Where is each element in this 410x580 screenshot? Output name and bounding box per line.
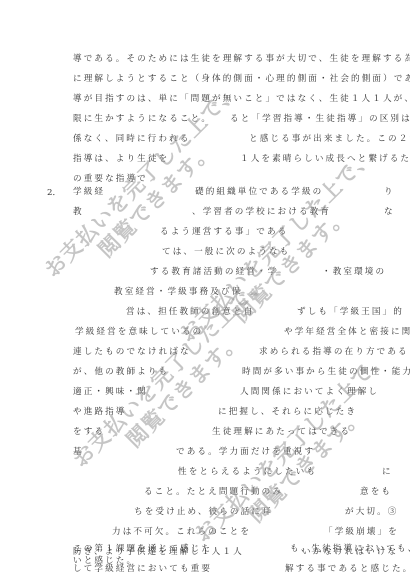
text-line: 礎的組織単位である学級の <box>195 186 323 198</box>
text-line: が、他の教師よりも <box>73 366 169 378</box>
text-line: 連したものでなければな <box>73 346 191 358</box>
text-line: や学年経営全体と密接に関 <box>284 326 410 338</box>
text-line: ちを受け止め、彼らの話に耳 <box>134 506 273 518</box>
text-line: と感じる事が出来ました。この２つの <box>249 133 410 145</box>
text-line: 時間が多い事から生徒の個性・能力・ <box>242 366 410 378</box>
text-line: 生徒理解にあたってはできる <box>212 426 351 438</box>
text-line: 基 <box>73 446 84 458</box>
text-line: 意をも <box>360 486 392 498</box>
text-line: この第１課題を通じて感じた <box>73 543 212 555</box>
text-line: 教室経営・学級事務及び保 <box>114 286 242 298</box>
text-line: である。学力面だけを重視す <box>176 446 315 458</box>
text-line: や進路指導 <box>73 406 126 418</box>
text-line: する教育諸活動の経営・学 <box>150 266 278 278</box>
text-line: な <box>384 206 395 218</box>
text-line: 導である。そのためには生徒を理解する事が大切で、生徒を理解する為には多面的 <box>73 53 410 65</box>
text-line: 限に生かすようになること。 <box>73 113 212 125</box>
text-line: 「学級崩壊」を <box>324 526 399 538</box>
text-line: をする <box>73 426 105 438</box>
text-line: ると「学習指導・生徒指導」の区別は関 <box>230 113 410 125</box>
text-line: が大切。③ <box>345 506 398 518</box>
text-line: 導が目指すのは、単に「問題が無いこと」ではなく、生徒１人１人が、自分を最大 <box>73 93 410 105</box>
text-line: 学級経営を意味しているの <box>75 326 203 338</box>
text-line: ること。たとえ問題行動のみ <box>144 486 283 498</box>
text-line: るよう運営する事」である <box>160 226 288 238</box>
document-page: 導である。そのためには生徒を理解する事が大切で、生徒を理解する為には多面的に理解… <box>0 0 410 580</box>
text-line: も、生徒指導においても、そ <box>290 543 410 555</box>
text-line: 力は不可欠。これらのことを <box>112 526 251 538</box>
text-line: 人間関係においてよく理解し <box>240 386 379 398</box>
text-line: 解する事であると感じた。また逆 <box>285 563 410 575</box>
text-line: 、学習者の学校における教育 <box>192 206 331 218</box>
text-line: 係なく、同時に行われる <box>73 133 190 145</box>
text-line: 性をとらえるようにしたいも <box>178 466 317 478</box>
text-line: 求められる指導の在り方である <box>259 346 409 358</box>
text-line: 指導は、より生徒を <box>73 153 169 165</box>
text-line: 適正・興味・関 <box>73 386 148 398</box>
text-line: り <box>384 186 395 198</box>
text-line: ては、一般に次のようなも <box>162 246 290 258</box>
text-line: 教 <box>73 206 84 218</box>
text-line: に把握し、それらに応じたき <box>218 406 357 418</box>
text-line: １人を素晴らしい成長へと繋げるため <box>240 153 410 165</box>
text-line: ずしも「学級王国」的 <box>297 306 404 318</box>
text-line: 学級経 <box>73 186 105 198</box>
text-line: して学級経営においても重要 <box>73 563 212 575</box>
text-line: 営は、担任教師の創意と自 <box>126 306 254 318</box>
text-line: に理解しようとすること（身体的側面・心理的側面・社会的側面）である。生徒指 <box>73 73 410 85</box>
section-number: 2． <box>47 186 61 198</box>
text-line: に <box>382 466 393 478</box>
text-line: の重要な指導で <box>73 173 148 185</box>
text-line: ・教室環境の <box>322 266 386 278</box>
